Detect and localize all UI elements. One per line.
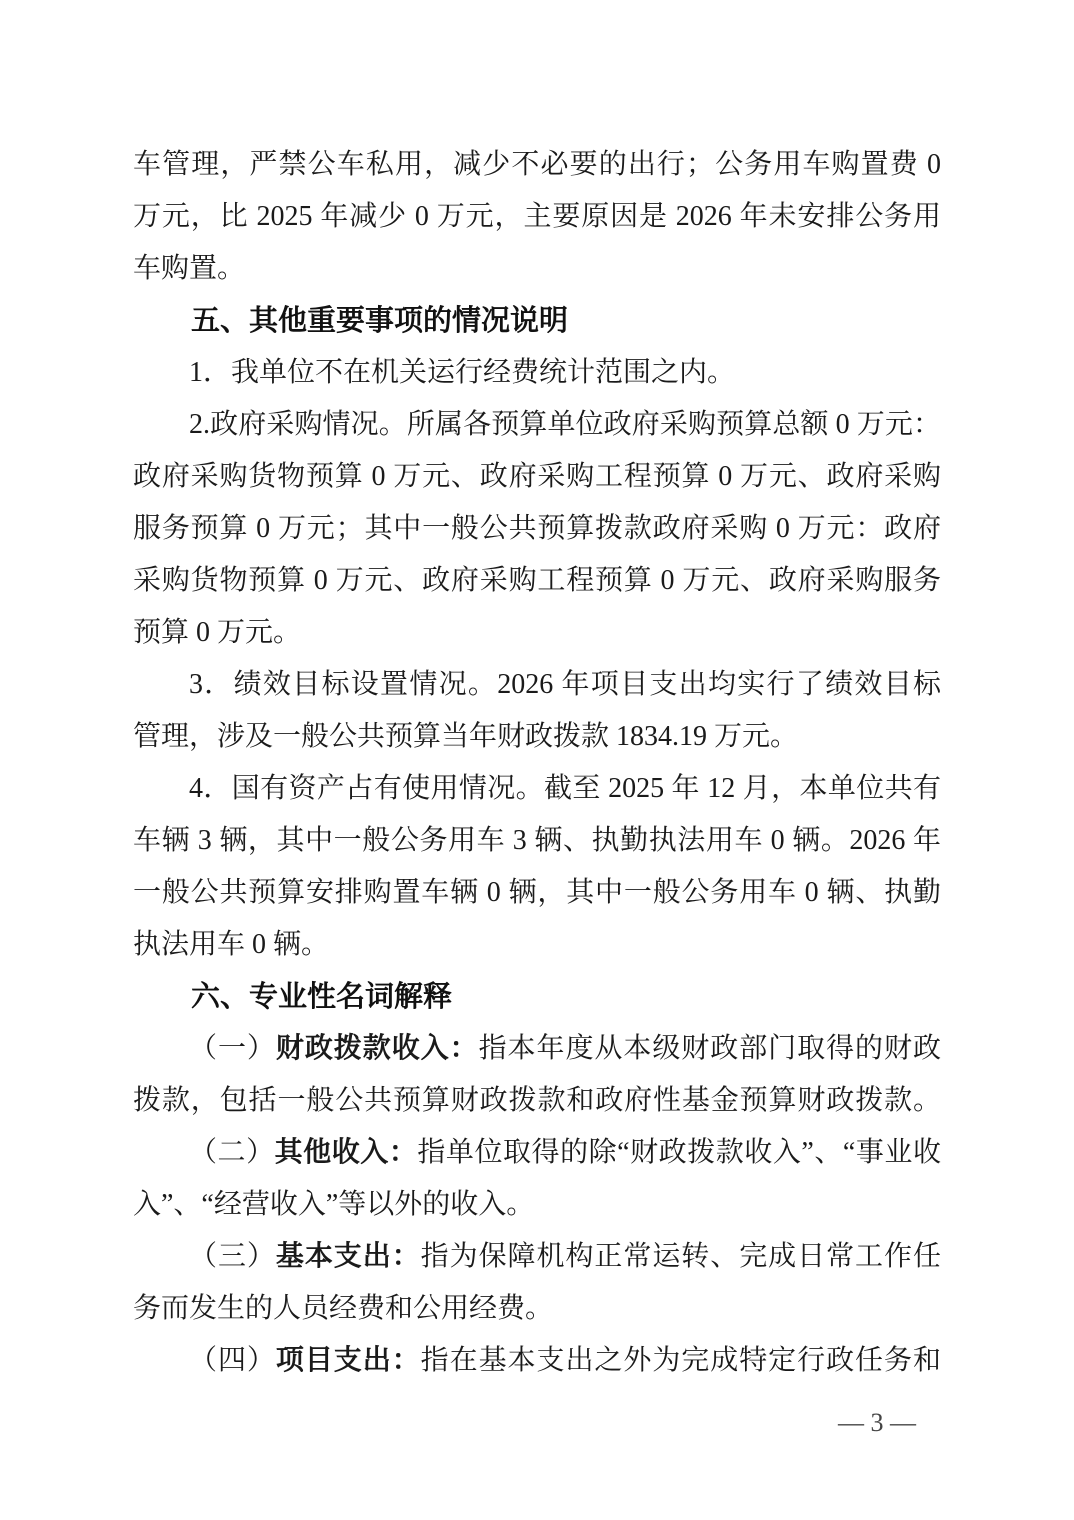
term-definition-line: （四）项目支出：指在基本支出之外为完成特定行政任务和 [133, 1335, 941, 1387]
term-definition-line: （一）财政拨款收入：指本年度从本级财政部门取得的财政 [133, 1023, 941, 1075]
text-line: 车购置。 [133, 243, 941, 295]
text-line: 拨款，包括一般公共预算财政拨款和政府性基金预算财政拨款。 [133, 1075, 941, 1127]
text-line: 预算 0 万元。 [133, 607, 941, 659]
term-number: （二） [189, 1137, 275, 1168]
term-name: 其他收入： [275, 1137, 418, 1168]
text-line: 3．绩效目标设置情况。2026 年项目支出均实行了绩效目标 [133, 659, 941, 711]
text-line: 2.政府采购情况。所属各预算单位政府采购预算总额 0 万元： [133, 399, 941, 451]
term-name: 基本支出： [276, 1241, 421, 1272]
text-line: 执法用车 0 辆。 [133, 919, 941, 971]
text-line: 政府采购货物预算 0 万元、政府采购工程预算 0 万元、政府采购 [133, 451, 941, 503]
text-line: 一般公共预算安排购置车辆 0 辆，其中一般公务用车 0 辆、执勤 [133, 867, 941, 919]
text-line: 1．我单位不在机关运行经费统计范围之内。 [133, 347, 941, 399]
text-line: 4．国有资产占有使用情况。截至 2025 年 12 月，本单位共有 [133, 763, 941, 815]
term-name: 财政拨款收入： [276, 1033, 479, 1064]
term-text: 指为保障机构正常运转、完成日常工作任 [421, 1241, 941, 1272]
text-line: 服务预算 0 万元；其中一般公共预算拨款政府采购 0 万元：政府 [133, 503, 941, 555]
section-heading-6: 六、专业性名词解释 [133, 971, 941, 1023]
term-definition-line: （三）基本支出：指为保障机构正常运转、完成日常工作任 [133, 1231, 941, 1283]
term-name: 项目支出： [276, 1345, 421, 1376]
term-text: 指单位取得的除“财政拨款收入”、“事业收 [417, 1137, 941, 1168]
text-line: 车辆 3 辆，其中一般公务用车 3 辆、执勤执法用车 0 辆。2026 年 [133, 815, 941, 867]
text-line: 务而发生的人员经费和公用经费。 [133, 1283, 941, 1335]
text-line: 万元，比 2025 年减少 0 万元，主要原因是 2026 年未安排公务用 [133, 191, 941, 243]
term-text: 指在基本支出之外为完成特定行政任务和 [421, 1345, 941, 1376]
text-line: 入”、“经营收入”等以外的收入。 [133, 1179, 941, 1231]
page-number: — 3 — [838, 1408, 916, 1438]
term-number: （三） [189, 1241, 276, 1272]
section-heading-5: 五、其他重要事项的情况说明 [133, 295, 941, 347]
text-line: 车管理，严禁公车私用，减少不必要的出行；公务用车购置费 0 [133, 139, 941, 191]
document-page: 车管理，严禁公车私用，减少不必要的出行；公务用车购置费 0 万元，比 2025 … [0, 0, 1074, 1520]
term-text: 指本年度从本级财政部门取得的财政 [479, 1033, 941, 1064]
term-definition-line: （二）其他收入：指单位取得的除“财政拨款收入”、“事业收 [133, 1127, 941, 1179]
term-number: （一） [189, 1033, 276, 1064]
term-number: （四） [189, 1345, 276, 1376]
text-line: 采购货物预算 0 万元、政府采购工程预算 0 万元、政府采购服务 [133, 555, 941, 607]
text-line: 管理，涉及一般公共预算当年财政拨款 1834.19 万元。 [133, 711, 941, 763]
document-body: 车管理，严禁公车私用，减少不必要的出行；公务用车购置费 0 万元，比 2025 … [133, 139, 941, 1387]
